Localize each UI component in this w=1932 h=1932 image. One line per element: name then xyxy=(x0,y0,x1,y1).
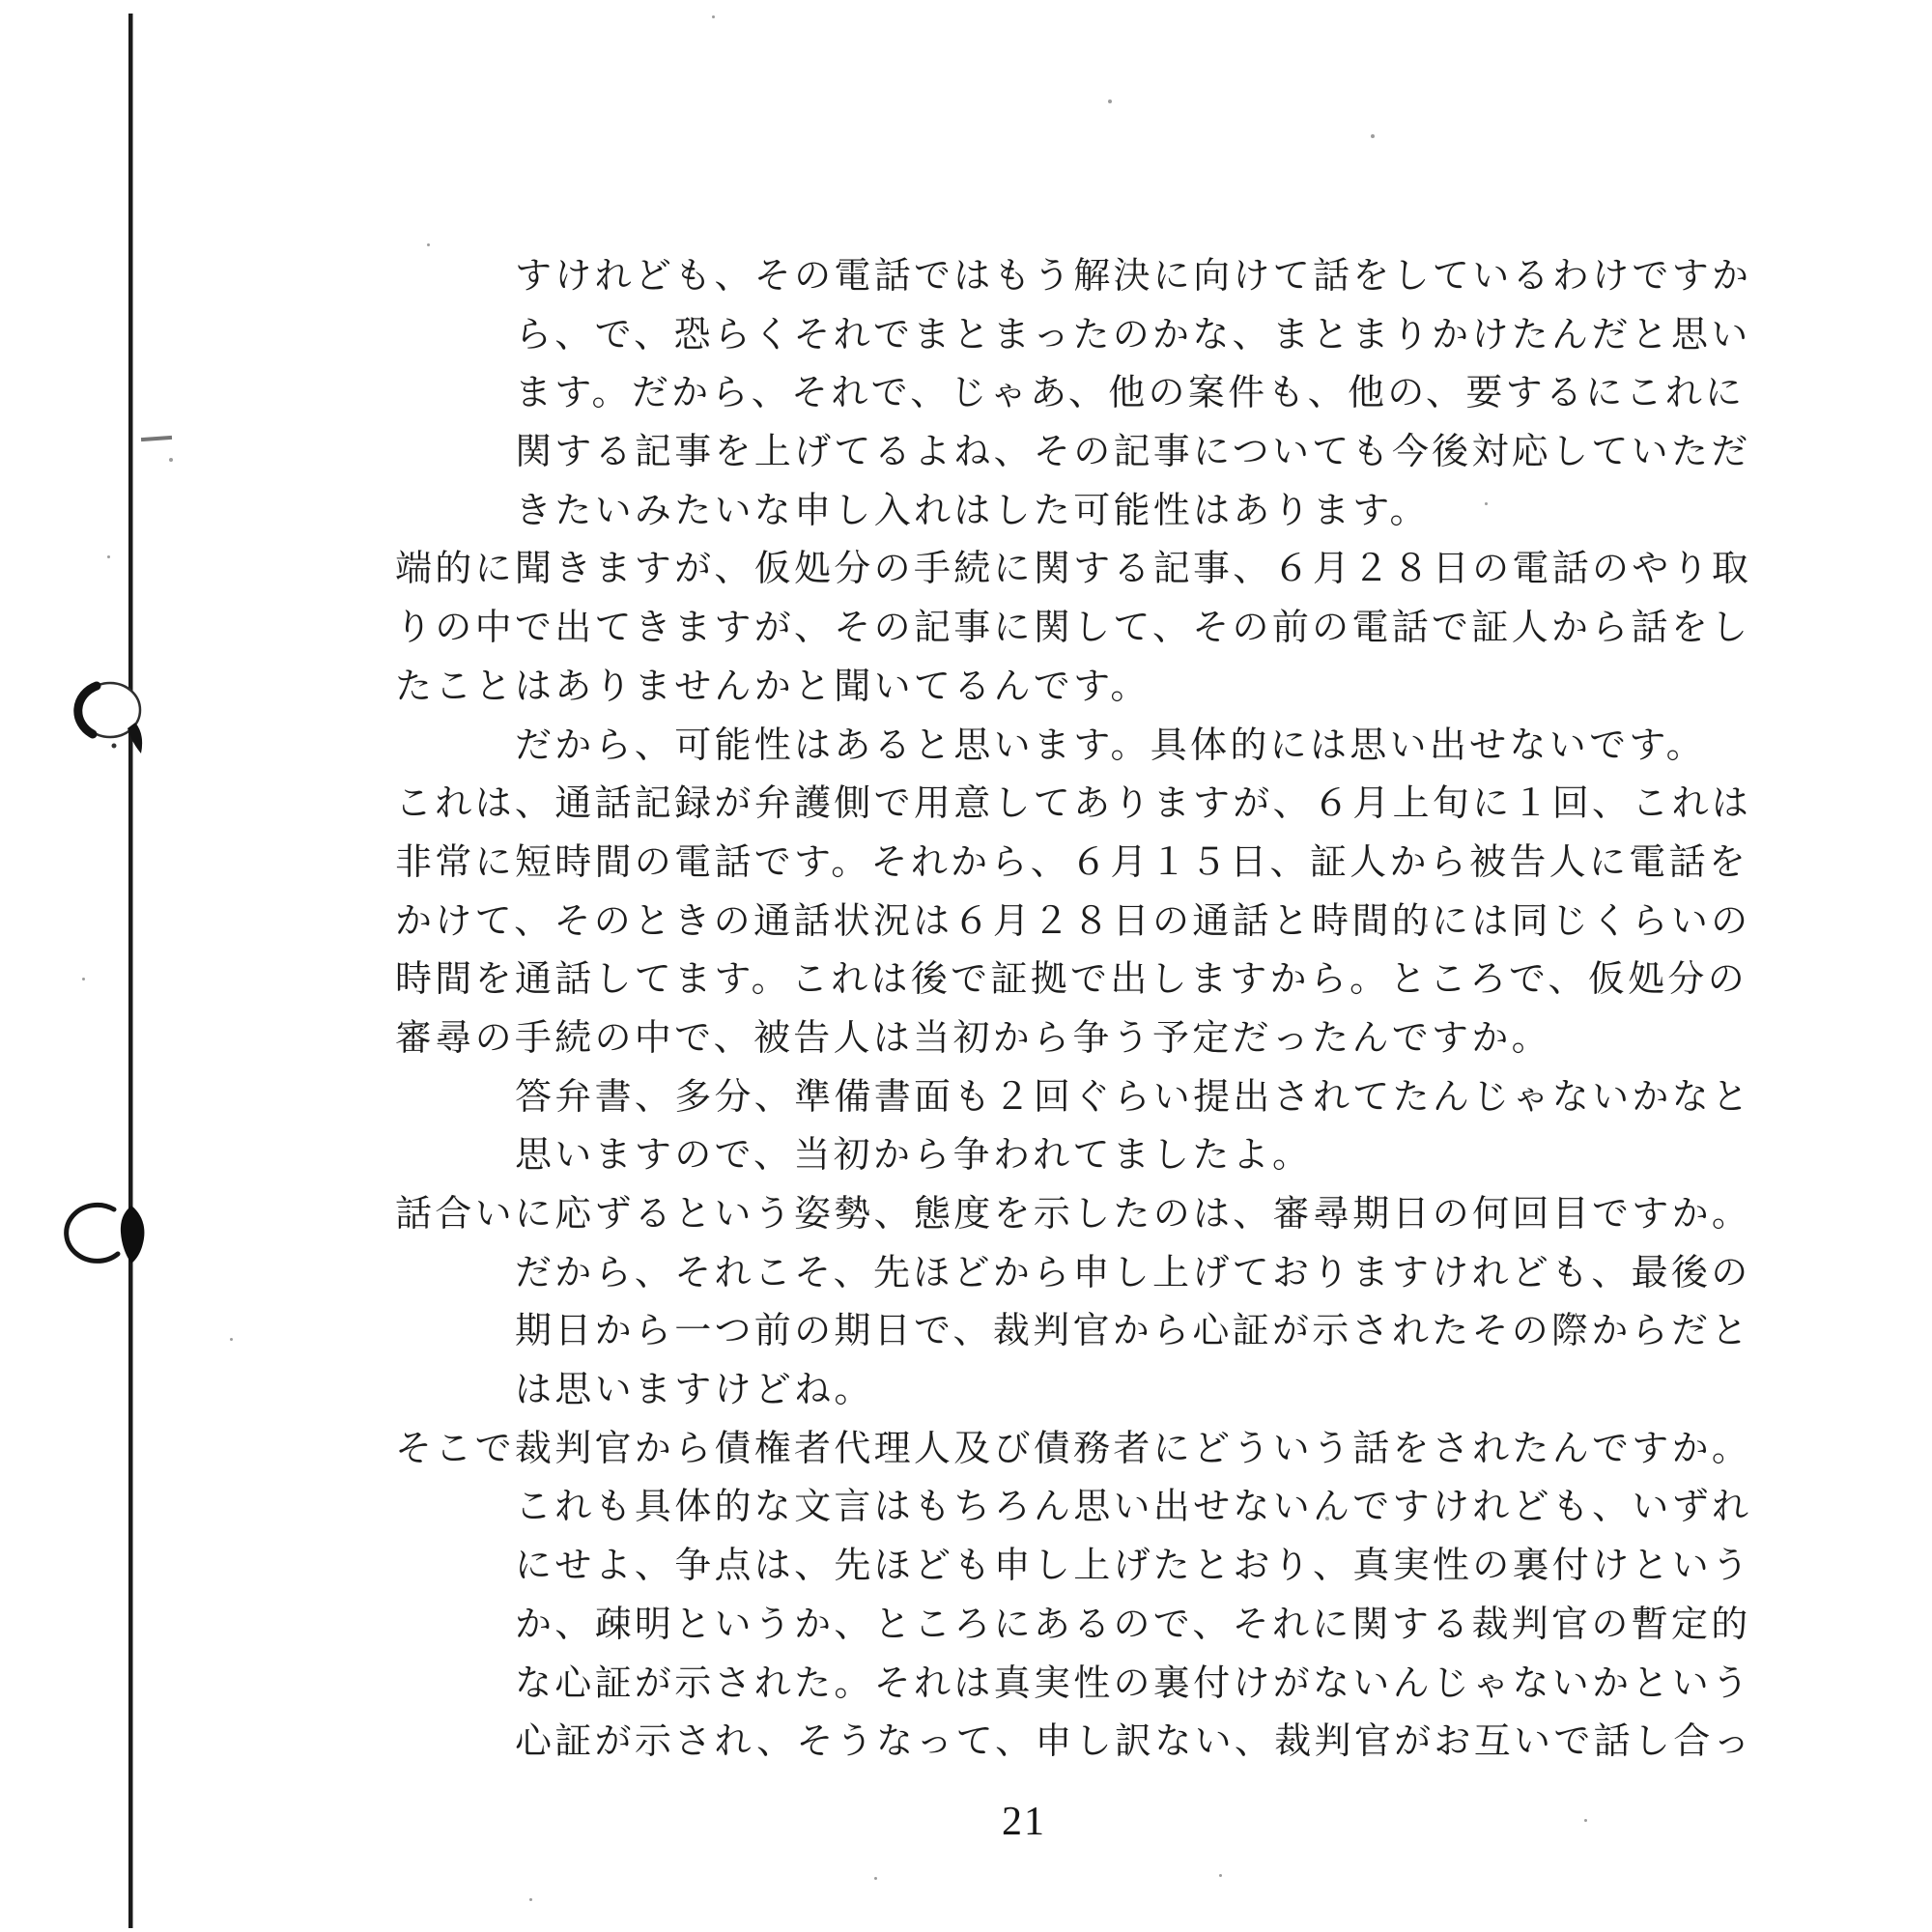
transcript-line: 思いますので、当初から争われてましたよ。 xyxy=(515,1126,1844,1185)
scan-speckle xyxy=(529,1898,532,1901)
binding-rule xyxy=(128,14,133,1928)
transcript-line: ます。だから、それで、じゃあ、他の案件も、他の、要するにこれに xyxy=(515,364,1844,423)
scan-speckle xyxy=(712,15,715,18)
transcript-line: 期日から一つ前の期日で、裁判官から心証が示されたその際からだと xyxy=(515,1302,1844,1361)
transcript-line: たことはありませんかと聞いてるんです。 xyxy=(395,658,1844,717)
punch-hole-bottom xyxy=(67,1205,145,1264)
scan-speckle xyxy=(82,978,85,980)
scan-dash-artifact xyxy=(141,436,172,441)
transcript-line: かけて、そのときの通話状況は６月２８日の通話と時間的には同じくらいの xyxy=(395,893,1844,952)
transcript-line: これは、通話記録が弁護側で用意してありますが、６月上旬に１回、これは xyxy=(395,775,1844,834)
transcript-line: 話合いに応ずるという姿勢、態度を示したのは、審尋期日の何回目ですか。 xyxy=(395,1185,1844,1244)
transcript-line: だから、それこそ、先ほどから申し上げておりますけれども、最後の xyxy=(515,1244,1844,1303)
transcript-line: 時間を通話してます。これは後で証拠で出しますから。ところで、仮処分の xyxy=(395,951,1844,1009)
scan-speckle xyxy=(1219,1874,1222,1877)
transcript-line: な心証が示された。それは真実性の裏付けがないんじゃないかという xyxy=(515,1655,1844,1714)
transcript-line: 非常に短時間の電話です。それから、６月１５日、証人から被告人に電話を xyxy=(395,834,1844,893)
transcript-line: 心証が示され、そうなって、申し訳ない、裁判官がお互いで話し合っ xyxy=(515,1713,1844,1772)
transcript-line: すけれども、その電話ではもう解決に向けて話をしているわけですか xyxy=(515,247,1844,306)
scan-speckle xyxy=(107,555,110,558)
transcript-line: だから、可能性はあると思います。具体的には思い出せないです。 xyxy=(515,717,1844,776)
transcript-line: は思いますけどね。 xyxy=(515,1361,1844,1420)
scan-speckle xyxy=(230,1338,233,1341)
scan-speckle xyxy=(169,458,173,462)
transcript-line: これも具体的な文言はもちろん思い出せないんですけれども、いずれ xyxy=(515,1478,1844,1537)
transcript-line: そこで裁判官から債権者代理人及び債務者にどういう話をされたんですか。 xyxy=(395,1420,1844,1479)
transcript-text: すけれども、その電話ではもう解決に向けて話をしているわけですから、で、恐らくそれ… xyxy=(395,247,1844,1772)
transcript-line: ら、で、恐らくそれでまとまったのかな、まとまりかけたんだと思い xyxy=(515,306,1844,365)
transcript-line: にせよ、争点は、先ほども申し上げたとおり、真実性の裏付けという xyxy=(515,1537,1844,1596)
transcript-line: 関する記事を上げてるよね、その記事についても今後対応していただ xyxy=(515,423,1844,482)
scan-speckle xyxy=(874,1877,877,1880)
scan-speckle xyxy=(1053,1437,1056,1440)
scan-speckle xyxy=(1425,924,1428,927)
scan-speckle xyxy=(1325,1517,1329,1520)
scan-speckle xyxy=(1584,1819,1587,1822)
scan-speckle xyxy=(1485,502,1488,505)
transcript-line: 答弁書、多分、準備書面も２回ぐらい提出されてたんじゃないかなと xyxy=(515,1068,1844,1127)
page-number: 21 xyxy=(995,1799,1053,1845)
transcript-line: 端的に聞きますが、仮処分の手続に関する記事、６月２８日の電話のやり取 xyxy=(395,540,1844,599)
scan-speckle xyxy=(427,243,430,246)
scan-speckle xyxy=(1108,99,1112,103)
scanned-page: すけれども、その電話ではもう解決に向けて話をしているわけですから、で、恐らくそれ… xyxy=(0,0,1932,1932)
transcript-line: りの中で出てきますが、その記事に関して、その前の電話で証人から話をし xyxy=(395,599,1844,658)
scan-speckle xyxy=(1371,134,1375,138)
punch-hole-top xyxy=(78,683,142,753)
transcript-line: 審尋の手続の中で、被告人は当初から争う予定だったんですか。 xyxy=(395,1009,1844,1068)
transcript-line: か、疎明というか、ところにあるので、それに関する裁判官の暫定的 xyxy=(515,1596,1844,1655)
transcript-line: きたいみたいな申し入れはした可能性はあります。 xyxy=(515,482,1844,541)
